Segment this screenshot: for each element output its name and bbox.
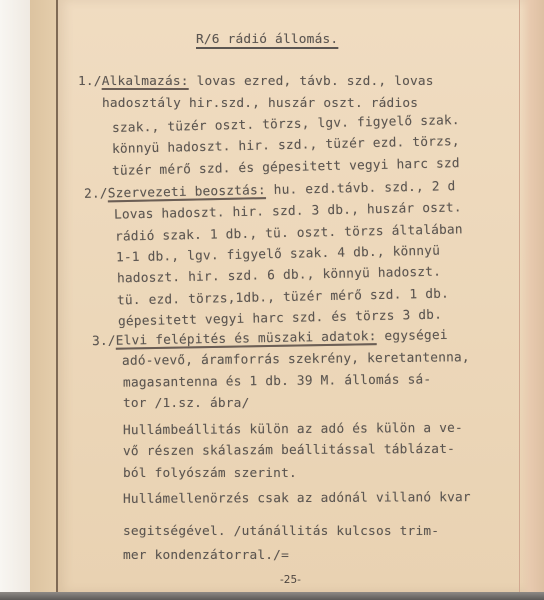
text-line: segitségével. /utánállitás kulcsos trim- <box>123 524 439 539</box>
page-right-edge <box>519 0 544 592</box>
section-text: lovas ezred, távb. szd., lovas <box>189 74 434 89</box>
section-text: egységei <box>376 328 447 344</box>
text-line: tor /1.sz. ábra/ <box>123 396 249 411</box>
section-number: 1./ <box>78 74 102 89</box>
section-number: 2./ <box>84 186 108 201</box>
page-number: -25- <box>280 574 301 586</box>
document-title: R/6 rádió állomás. <box>196 32 338 47</box>
text-line: ból folyószám szerint. <box>123 466 297 481</box>
section-1-first-line: 1./Alkalmazás: lovas ezred, távb. szd., … <box>78 74 434 89</box>
background-surface <box>0 0 32 600</box>
text-line: mer kondenzátorral./= <box>123 548 289 563</box>
text-line: Hullámbeállitás külön az adó és külön a … <box>123 421 463 438</box>
section-heading: Alkalmazás: <box>102 74 189 89</box>
bottom-edge <box>0 592 544 600</box>
section-number: 3./ <box>92 334 116 349</box>
text-line: vő részen skálaszám beállitással tábláza… <box>123 442 455 459</box>
text-line: hadosztály hir.szd., huszár oszt. rádios <box>102 96 418 111</box>
text-line: Hullámellenörzés csak az adónál villanó … <box>123 490 471 507</box>
